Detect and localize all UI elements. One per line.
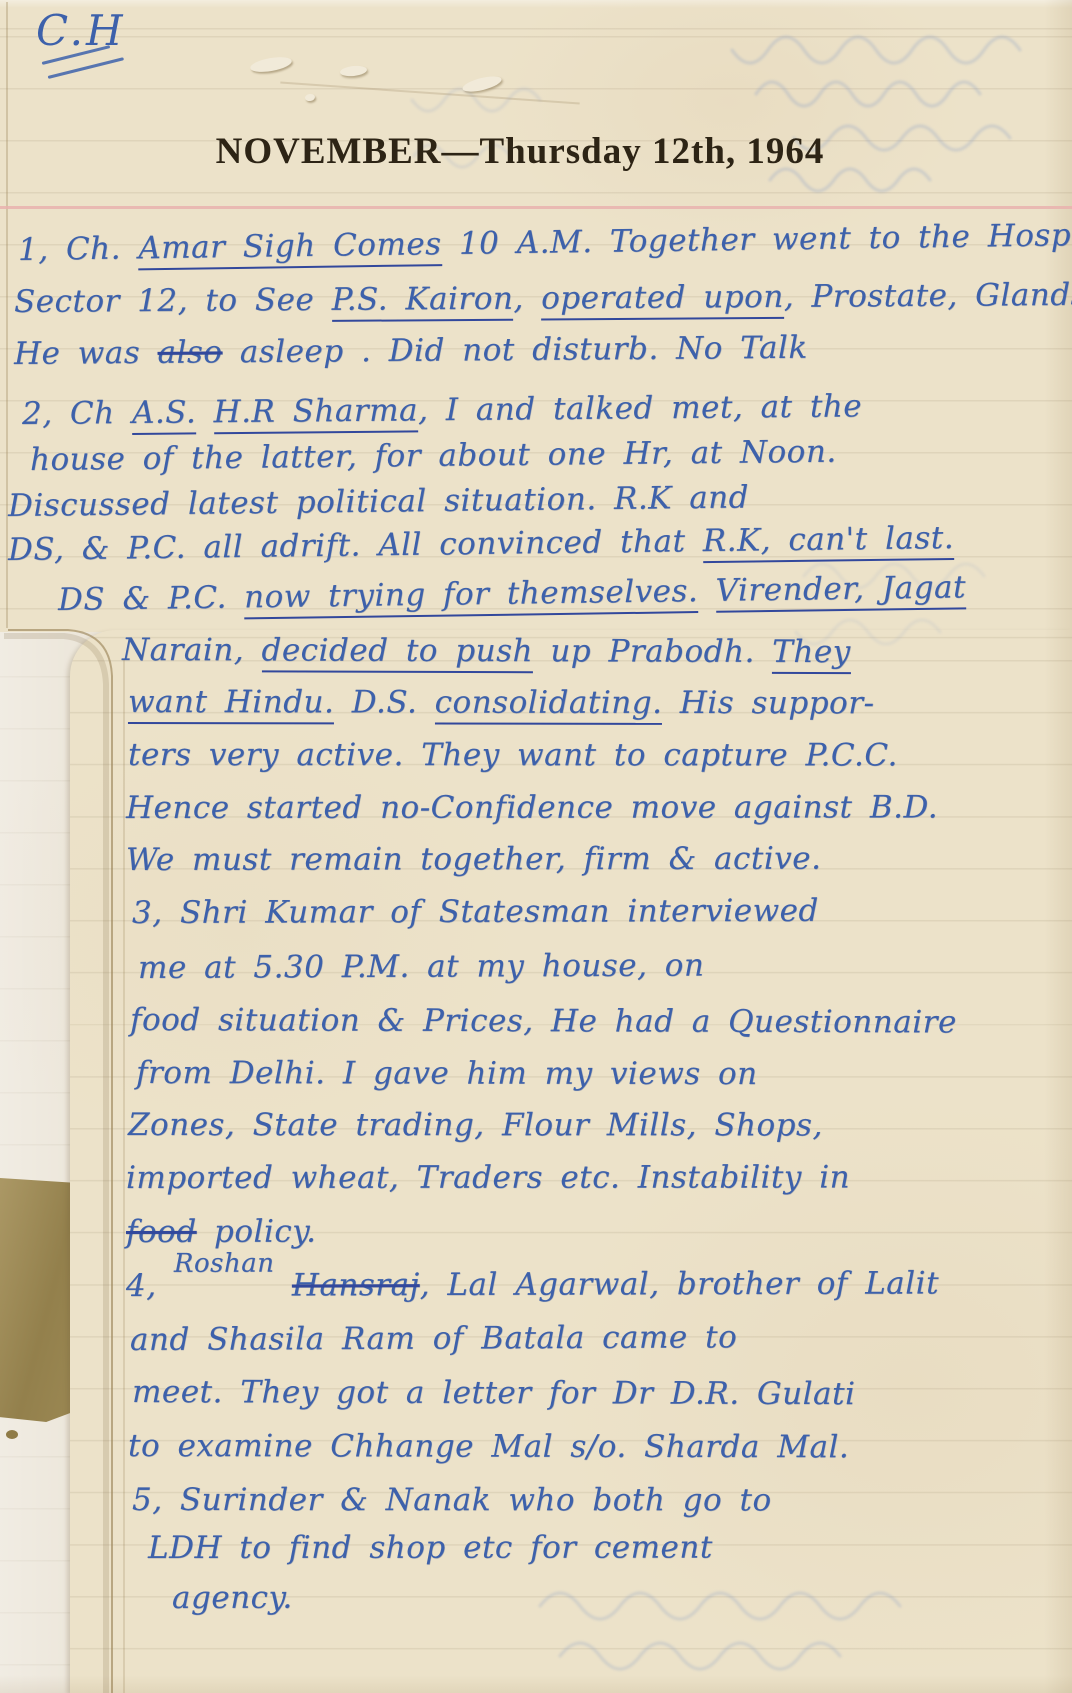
handwriting-line: 2, Ch A.S. H.R Sharma, I and talked met,…: [22, 388, 862, 432]
handwriting-line: 3, Shri Kumar of Statesman interviewed: [132, 893, 819, 931]
handwriting-line: Hence started no-Confidence move against…: [126, 789, 938, 826]
diary-page-scan: NOVEMBER—Thursday 12th, 1964 C.H 1, Ch. …: [0, 0, 1072, 1693]
handwriting-line: DS, & P.C. all adrift. All convinced tha…: [8, 520, 955, 568]
handwriting-line: me at 5.30 P.M. at my house, on: [138, 948, 705, 986]
handwriting-line: want Hindu. D.S. consolidating. His supp…: [128, 684, 875, 721]
handwriting-line: Sector 12, to See P.S. Kairon, operated …: [14, 276, 1072, 320]
handwriting-layer: 1, Ch. Amar Sigh Comes 10 A.M. Together …: [0, 0, 1072, 1693]
handwriting-line: from Delhi. I gave him my views on: [136, 1055, 758, 1092]
handwriting-line: food situation & Prices, He had a Questi…: [130, 1002, 957, 1040]
handwriting-line: ters very active. They want to capture P…: [128, 737, 898, 773]
handwriting-line: 1, Ch. Amar Sigh Comes 10 A.M. Together …: [18, 217, 1072, 268]
handwriting-line: Zones, State trading, Flour Mills, Shops…: [128, 1107, 823, 1143]
handwriting-line: house of the latter, for about one Hr, a…: [30, 434, 837, 478]
handwriting-line: Discussed latest political situation. R.…: [8, 479, 749, 524]
handwriting-line: imported wheat, Traders etc. Instability…: [126, 1159, 850, 1196]
handwriting-line: 5, Surinder & Nanak who both go to: [132, 1482, 772, 1518]
handwriting-line: DS & P.C. now trying for themselves. Vir…: [58, 569, 966, 618]
handwriting-line: agency.: [172, 1580, 293, 1616]
handwriting-line: food policy.: [126, 1214, 317, 1250]
handwriting-line: Narain, decided to push up Prabodh. They: [122, 632, 851, 670]
handwriting-line: meet. They got a letter for Dr D.R. Gula…: [132, 1374, 856, 1412]
handwriting-line: We must remain together, firm & active.: [126, 841, 822, 878]
handwriting-line: and Shasila Ram of Batala came to: [130, 1319, 737, 1358]
handwriting-line: to examine Chhange Mal s/o. Sharda Mal.: [128, 1428, 849, 1465]
handwriting-line: 4, Roshan Hansraj, Lal Agarwal, brother …: [126, 1265, 939, 1304]
handwriting-line: He was also asleep . Did not disturb. No…: [14, 330, 808, 372]
handwriting-line: LDH to find shop etc for cement: [148, 1530, 713, 1566]
